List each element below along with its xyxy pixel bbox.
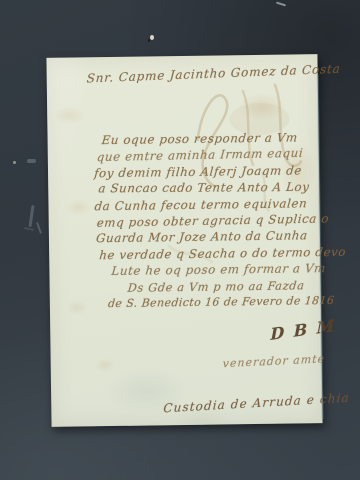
dust-speck: [13, 161, 16, 164]
mat-scratch: [36, 222, 42, 234]
letter-body: Eu oque poso responder a Vm que emtre am…: [93, 130, 346, 314]
letter-paper: Snr. Capme Jacintho Gomez da Costa Eu oq…: [46, 54, 322, 427]
closing-line: venerador amte: [222, 352, 325, 370]
dust-smudge: [27, 159, 36, 163]
addressee-line: Snr. Capme Jacintho Gomez da Costa: [86, 62, 341, 86]
mat-scratch: [24, 227, 34, 231]
dust-streak: [276, 2, 286, 7]
photograph: Snr. Capme Jacintho Gomez da Costa Eu oq…: [0, 0, 360, 480]
mat-scratch: [28, 205, 34, 227]
signature: Custodia de Arruda e chia: [163, 391, 350, 416]
dateline: de S. Benedicto 16 de Fevero de 1816: [107, 294, 347, 314]
dust-speck: [150, 35, 154, 40]
closing-abbreviation: D B M: [271, 316, 337, 344]
letter-line: a Suncao cado Tente Anto A Loy: [98, 180, 346, 198]
